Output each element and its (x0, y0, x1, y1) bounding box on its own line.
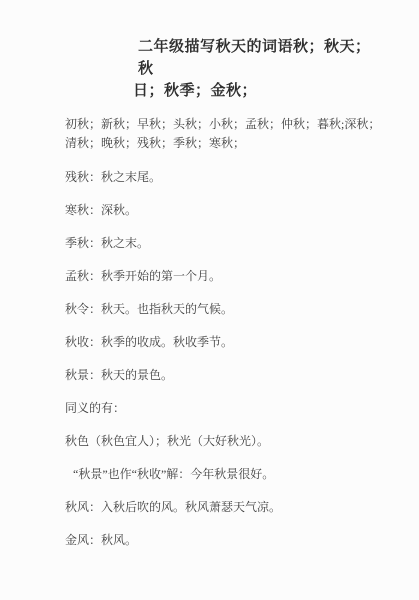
autumn-word-list: 初秋；新秋；早秋；头秋；小秋；孟秋；仲秋；暮秋;深秋； 清秋；晚秋；残秋；季秋；… (65, 115, 395, 153)
document-body: 初秋；新秋；早秋；头秋；小秋；孟秋；仲秋；暮秋;深秋； 清秋；晚秋；残秋；季秋；… (65, 115, 395, 564)
definition-paragraph: 孟秋：秋季开始的第一个月。 (65, 267, 395, 286)
title-line-1: 二年级描写秋天的词语秋；秋天；秋 (133, 36, 383, 80)
definition-paragraph: 残秋：秋之末尾。 (65, 168, 395, 187)
title-line-2: 日；秋季；金秋； (133, 80, 383, 102)
definition-paragraph: 秋风：入秋后吹的风。秋风萧瑟天气凉。 (65, 498, 395, 517)
word-list-line-1: 初秋；新秋；早秋；头秋；小秋；孟秋；仲秋；暮秋;深秋； (65, 115, 395, 134)
definition-paragraph: 秋景：秋天的景色。 (65, 366, 395, 385)
section-label-synonyms: 同义的有： (65, 399, 395, 418)
definition-paragraph: 秋令：秋天。也指秋天的气候。 (65, 300, 395, 319)
definition-paragraph: 金风：秋风。 (65, 531, 395, 550)
page-title: 二年级描写秋天的词语秋；秋天；秋 日；秋季；金秋； (133, 36, 383, 102)
note-paragraph: “秋景”也作“秋收”解：今年秋景很好。 (65, 465, 395, 484)
definition-paragraph: 寒秋：深秋。 (65, 201, 395, 220)
definition-paragraph: 季秋：秋之末。 (65, 234, 395, 253)
synonym-paragraph: 秋色（秋色宜人）；秋光（大好秋光）。 (65, 432, 395, 451)
word-list-line-2: 清秋；晚秋；残秋；季秋；寒秋； (65, 134, 395, 153)
document-page: 二年级描写秋天的词语秋；秋天；秋 日；秋季；金秋； 初秋；新秋；早秋；头秋；小秋… (0, 0, 419, 600)
definition-paragraph: 秋收：秋季的收成。秋收季节。 (65, 333, 395, 352)
